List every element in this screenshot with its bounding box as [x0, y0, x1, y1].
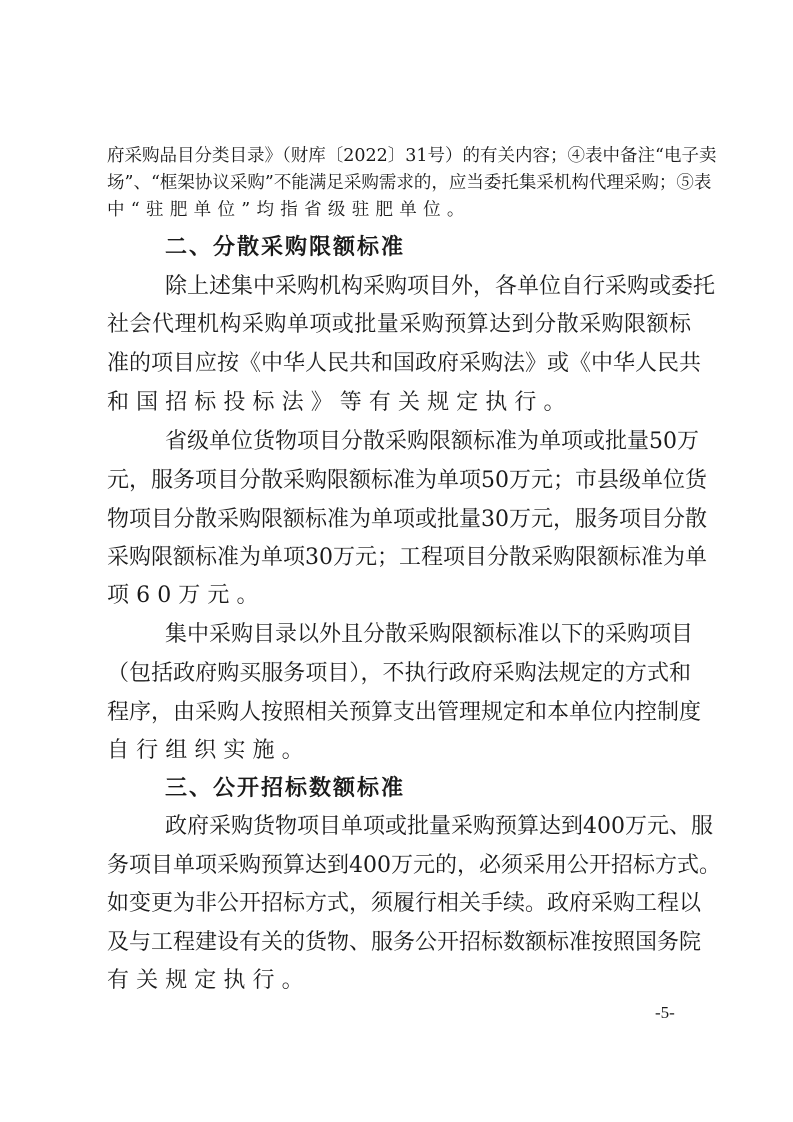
paragraph-line: 政府采购货物项目单项或批量采购预算达到400万元、服 — [165, 816, 691, 838]
paragraph-line: 项60万元。 — [107, 585, 691, 607]
paragraph-line: 务项目单项采购预算达到400万元的，必须采用公开招标方式。 — [107, 855, 691, 877]
paragraph-line: 集中采购目录以外且分散采购限额标准以下的采购项目 — [165, 624, 691, 646]
paragraph-line: （包括政府购买服务项目），不执行政府采购法规定的方式和 — [107, 663, 691, 685]
paragraph-line: 如变更为非公开招标方式，须履行相关手续。政府采购工程以 — [107, 893, 691, 915]
paragraph-line: 和国招标投标法》等有关规定执行。 — [107, 392, 691, 414]
section-heading: 二、分散采购限额标准 — [165, 237, 691, 259]
paragraph-line: 有关规定执行。 — [107, 970, 691, 992]
paragraph-line: 物项目分散采购限额标准为单项或批量30万元，服务项目分散 — [107, 509, 691, 531]
page-number: -5- — [655, 1003, 675, 1023]
note-line: 中“驻肥单位”均指省级驻肥单位。 — [107, 202, 691, 220]
paragraph-line: 社会代理机构采购单项或批量采购预算达到分散采购限额标 — [107, 314, 691, 336]
paragraph-line: 元，服务项目分散采购限额标准为单项50万元；市县级单位货 — [107, 470, 691, 492]
paragraph-line: 采购限额标准为单项30万元；工程项目分散采购限额标准为单 — [107, 547, 691, 569]
paragraph-line: 程序，由采购人按照相关预算支出管理规定和本单位内控制度 — [107, 702, 691, 724]
note-line: 府采购品目分类目录》（财库〔2022〕31号）的有关内容；④表中备注“电子卖 — [107, 148, 691, 166]
paragraph-line: 除上述集中采购机构采购项目外，各单位自行采购或委托 — [165, 276, 691, 298]
note-line: 场”、“框架协议采购”不能满足采购需求的，应当委托集采机构代理采购；⑤表 — [107, 175, 691, 193]
paragraph-line: 自行组织实施。 — [107, 740, 691, 762]
section-heading: 三、公开招标数额标准 — [165, 778, 691, 800]
paragraph-line: 及与工程建设有关的货物、服务公开招标数额标准按照国务院 — [107, 932, 691, 954]
paragraph-line: 省级单位货物项目分散采购限额标准为单项或批量50万 — [165, 431, 691, 453]
paragraph-line: 准的项目应按《中华人民共和国政府采购法》或《中华人民共 — [107, 353, 691, 375]
